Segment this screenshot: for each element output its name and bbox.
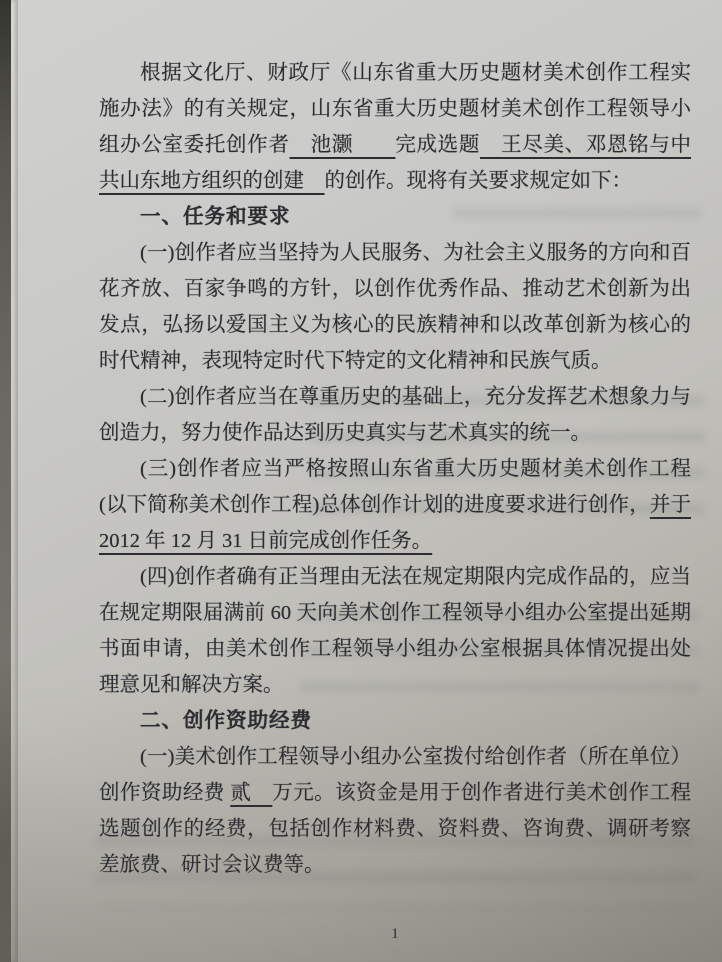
section1-clause1: (一)创作者应当坚持为人民服务、为社会主义服务的方向和百花齐放、百家争鸣的方针，…: [99, 235, 691, 379]
section2-clause1: (一)美术创作工程领导小组办公室拨付给创作者（所在单位）创作资助经费 贰 万元。…: [99, 739, 691, 883]
intro-paragraph: 根据文化厅、财政厅《山东省重大历史题材美术创作工程实施办法》的有关规定，山东省重…: [99, 55, 691, 199]
section1-clause4: (四)创作者确有正当理由无法在规定期限内完成作品的，应当在规定期限届满前 60 …: [99, 559, 691, 703]
paper-edge-highlight: [11, 0, 18, 962]
document-photo: 根据文化厅、财政厅《山东省重大历史题材美术创作工程实施办法》的有关规定，山东省重…: [0, 0, 722, 962]
document-body: 根据文化厅、财政厅《山东省重大历史题材美术创作工程实施办法》的有关规定，山东省重…: [99, 55, 691, 883]
section1-clause2: (二)创作者应当在尊重历史的基础上，充分发挥艺术想象力与创造力，努力使作品达到历…: [99, 379, 691, 451]
section2-heading: 二、创作资助经费: [99, 703, 691, 739]
funding-amount-fill: 贰: [230, 782, 272, 804]
intro-text-3: 的创作。现将有关要求规定如下：: [325, 170, 633, 192]
background-edge: [0, 0, 11, 962]
section1-heading: 一、任务和要求: [99, 199, 691, 235]
page-number: 1: [99, 924, 691, 944]
clause3-text: (三)创作者应当严格按照山东省重大历史题材美术创作工程(以下简称美术创作工程)总…: [99, 458, 691, 516]
creator-name-fill: 池灏: [290, 134, 396, 156]
intro-text-2: 完成选题: [395, 134, 480, 156]
section1-clause3: (三)创作者应当严格按照山东省重大历史题材美术创作工程(以下简称美术创作工程)总…: [99, 451, 691, 559]
